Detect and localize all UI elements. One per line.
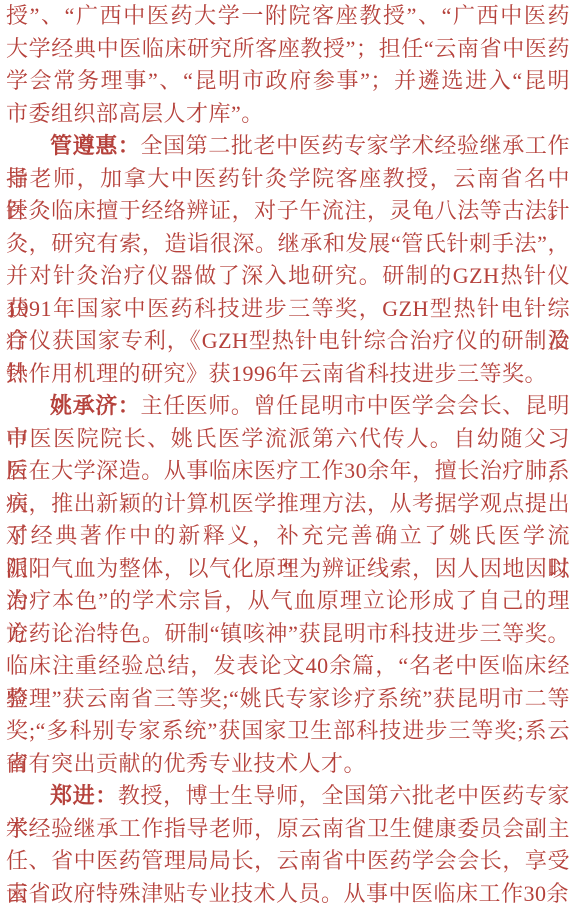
text-line: 临床注重经验总结，发表论文40余篇，“名老中医临床经验 [6,650,570,683]
text-line: 灸，研究有索，造诣很深。继承和发展“管氏针刺手法”， [6,228,570,261]
text-line: 病，推出新颖的计算机医学推理方法，从考据学观点提出了 [6,488,570,521]
text-line: 郑进：教授，博士生导师，全国第六批老中医药专家学 [6,780,570,813]
text-line: 术经验继承工作指导老师，原云南省卫生健康委员会副主 [6,813,570,846]
text-line: 疗仪获国家专利，《GZH型热针电针综合治疗仪的研制及热 [6,325,570,358]
text-line: 阴阳气血为整体，以气化原理为辨证线索，因人因地因时为 [6,553,570,586]
text-line: 并对针灸治疗仪器做了深入地研究。研制的GZH热针仪获 [6,260,570,293]
text-line: 整理”获云南省三等奖;“姚氏专家诊疗系统”获昆明市二等 [6,683,570,716]
text-line: 奖;“多科别专家系统”获国家卫生部科技进步三等奖;系云南 [6,715,570,748]
text-line: 任、省中医药管理局局长，云南省中医药学会会长，享受云 [6,845,570,878]
text-line: 姚承济：主任医师。曾任昆明市中医学会会长、昆明市 [6,390,570,423]
text-line: 管遵惠：全国第二批老中医药专家学术经验继承工作指 [6,130,570,163]
person-name: 郑进： [50,783,118,808]
text-line: 学会常务理事”、“昆明市政府参事”；并遴选进入“昆明 [6,65,570,98]
text-line: 大学经典中医临床研究所客座教授”；担任“云南省中医药 [6,33,570,66]
text-line: 1991年国家中医药科技进步三等奖，GZH型热针电针综合治 [6,293,570,326]
text-line: 治疗本色”的学术宗旨，从气血原理立论形成了自己的理论 [6,585,570,618]
text-line: 针作用机理的研究》获1996年云南省科技进步三等奖。 [6,358,570,391]
person-name: 管遵惠： [50,133,140,158]
text-line: 对经典著作中的新释义，补充完善确立了姚氏医学流派“以 [6,520,570,553]
text-line: 市委组织部高层人才库”。 [6,98,570,131]
text-line: 针灸临床擅于经络辨证，对子午流注，灵龟八法等古法针 [6,195,570,228]
person-name: 姚承济： [50,393,140,418]
text-line: 方药论治特色。研制“镇咳神”获昆明市科技进步三等奖。 [6,618,570,651]
text-line: 授”、“广西中医药大学一附院客座教授”、“广西中医药 [6,0,570,33]
text-line: 南省政府特殊津贴专业技术人员。从事中医临床工作30余 [6,878,570,910]
text-line: 导老师，加拿大中医药针灸学院客座教授，云南省名中医。 [6,163,570,196]
text-line: 后在大学深造。从事临床医疗工作30余年，擅长治疗肺系疾 [6,455,570,488]
text-line: 中医医院院长、姚氏医学流派第六代传人。自幼随父习医， [6,423,570,456]
document-page: 授”、“广西中医药大学一附院客座教授”、“广西中医药大学经典中医临床研究所客座教… [0,0,583,910]
text-line: 省有突出贡献的优秀专业技术人才。 [6,748,570,781]
